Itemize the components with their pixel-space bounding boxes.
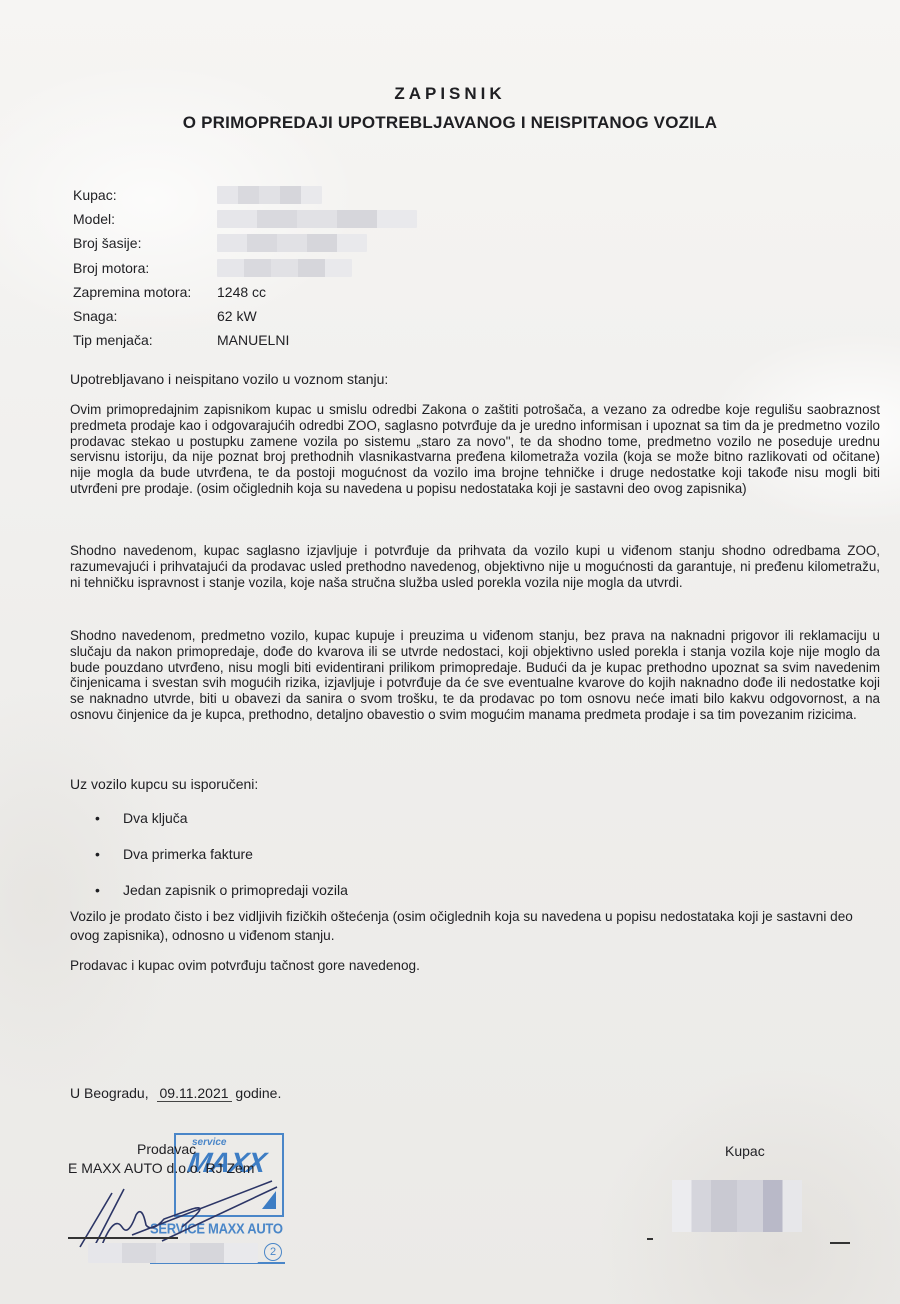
delivered-items-title: Uz vozilo kupcu su isporučeni:: [70, 777, 880, 793]
redacted-buyer-signature: [672, 1180, 802, 1232]
redacted-value: [217, 234, 367, 252]
spec-row-transmission: Tip menjača: MANUELNI: [73, 328, 417, 352]
bullet-icon: •: [95, 882, 123, 898]
buyer-signature-line: [647, 1238, 653, 1240]
spec-label: Model:: [73, 211, 217, 227]
signing-date: 09.11.2021: [157, 1085, 232, 1102]
document-title: ZAPISNIK: [0, 84, 900, 104]
spec-label: Broj šasije:: [73, 235, 217, 251]
intro-text: Upotrebljavano i neispitano vozilo u voz…: [70, 372, 880, 388]
seller-signature-line: [68, 1237, 178, 1239]
spec-label: Broj motora:: [73, 260, 217, 276]
spec-row-power: Snaga: 62 kW: [73, 304, 417, 328]
spec-label: Snaga:: [73, 308, 217, 324]
spec-label: Kupac:: [73, 187, 217, 203]
delivered-items-list: •Dva ključa •Dva primerka fakture •Jedan…: [95, 810, 348, 918]
spec-row-displacement: Zapremina motora: 1248 cc: [73, 280, 417, 304]
paragraph-4: Vozilo je prodato čisto i bez vidljivih …: [70, 907, 870, 945]
redacted-seller-name: [88, 1243, 258, 1263]
redacted-value: [217, 259, 352, 277]
spec-row-model: Model:: [73, 207, 417, 231]
list-item: •Dva ključa: [95, 810, 348, 846]
seller-label: Prodavac: [137, 1141, 196, 1157]
spec-label: Zapremina motora:: [73, 284, 217, 300]
paragraph-2: Shodno navedenom, kupac saglasno izjavlj…: [70, 543, 880, 590]
paragraph-1: Ovim primopredajnim zapisnikom kupac u s…: [70, 402, 880, 497]
redacted-value: [217, 210, 417, 228]
spec-row-chassis: Broj šasije:: [73, 231, 417, 255]
spec-value: 62 kW: [217, 308, 257, 324]
paragraph-3: Shodno navedenom, predmetno vozilo, kupa…: [70, 628, 880, 723]
spec-row-engine-number: Broj motora:: [73, 256, 417, 280]
document-subtitle: O PRIMOPREDAJI UPOTREBLJAVANOG I NEISPIT…: [0, 113, 900, 133]
spec-value: MANUELNI: [217, 332, 289, 348]
document-page: ZAPISNIK O PRIMOPREDAJI UPOTREBLJAVANOG …: [0, 0, 900, 1304]
place-date: U Beogradu, 09.11.2021 godine.: [70, 1085, 281, 1102]
bullet-icon: •: [95, 846, 123, 862]
buyer-signature-line: [830, 1242, 850, 1244]
spec-label: Tip menjača:: [73, 332, 217, 348]
spec-row-buyer: Kupac:: [73, 183, 417, 207]
redacted-value: [217, 186, 322, 204]
spec-value: 1248 cc: [217, 284, 266, 300]
vehicle-specs: Kupac: Model: Broj šasije: Broj motora: …: [73, 183, 417, 352]
list-item: •Dva primerka fakture: [95, 846, 348, 882]
seller-company: E MAXX AUTO d.o.o. RJ Zem: [68, 1160, 254, 1176]
paragraph-5: Prodavac i kupac ovim potvrđuju tačnost …: [70, 958, 880, 974]
buyer-label: Kupac: [725, 1143, 765, 1159]
date-suffix: godine.: [235, 1085, 281, 1101]
bullet-icon: •: [95, 810, 123, 826]
place-prefix: U Beogradu,: [70, 1085, 149, 1101]
